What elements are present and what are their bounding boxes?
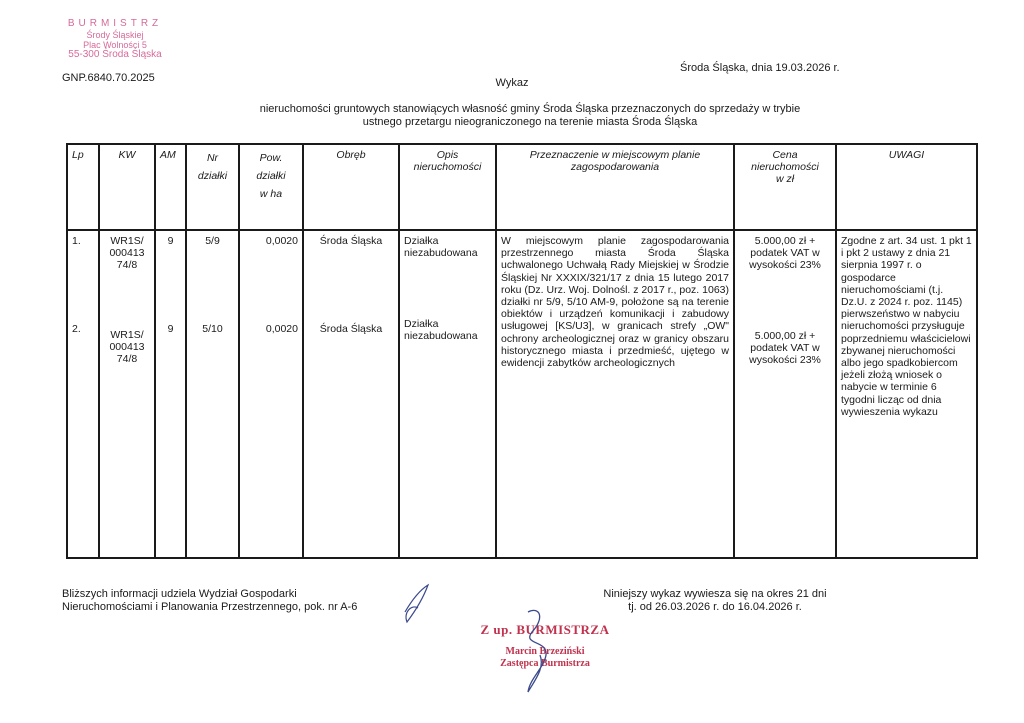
row-1-pow: 0,0020 [244, 235, 298, 247]
contact-info-line-2: Nieruchomościami i Planowania Przestrzen… [62, 601, 357, 614]
signature-stamp-line-3: Zastępca Burmistrza [470, 658, 620, 670]
cell-powierzchnia: 0,0020 0,0020 [239, 230, 303, 558]
row-1-kw: WR1S/ 000413 74/8 [104, 235, 150, 272]
column-header-lp: Lp [67, 144, 99, 230]
posting-notice-line-1: Niniejszy wykaz wywiesza się na okres 21… [580, 588, 850, 601]
column-header-kw: KW [99, 144, 155, 230]
row-2-kw: WR1S/ 000413 74/8 [104, 329, 150, 366]
subtitle-line-1: nieruchomości gruntowych stanowiących wł… [150, 103, 910, 116]
cell-przeznaczenie: W miejscowym planie zagospodarowania prz… [496, 230, 734, 558]
row-2-opis: Działka niezabudowana [404, 318, 491, 342]
signature-stamp-line-2: Marcin Brzeziński [470, 646, 620, 658]
posting-notice-line-2: tj. od 26.03.2026 r. do 16.04.2026 r. [580, 601, 850, 614]
stamp-line-2: Środy Śląskiej [55, 30, 175, 40]
column-header-uwagi: UWAGI [836, 144, 977, 230]
row-1-am: 9 [160, 235, 181, 247]
row-2-cena: 5.000,00 zł + podatek VAT w wysokości 23… [739, 330, 831, 367]
column-header-powierzchnia: Pow. działki w ha [239, 144, 303, 230]
column-header-am: AM [155, 144, 186, 230]
cell-opis: Działka niezabudowana Działka niezabudow… [399, 230, 496, 558]
posting-notice: Niniejszy wykaz wywiesza się na okres 21… [580, 588, 850, 614]
cell-cena: 5.000,00 zł + podatek VAT w wysokości 23… [734, 230, 836, 558]
place-and-date: Środa Śląska, dnia 19.03.2026 r. [680, 62, 840, 74]
uwagi-text: Zgodne z art. 34 ust. 1 pkt 1 i pkt 2 us… [841, 235, 972, 418]
cell-lp: 1. 2. [67, 230, 99, 558]
subtitle-line-2: ustnego przetargu nieograniczonego na te… [150, 116, 910, 129]
column-header-cena: Cena nieruchomości w zł [734, 144, 836, 230]
cell-nr-dzialki: 5/9 5/10 [186, 230, 239, 558]
mayor-office-stamp: BURMISTRZ Środy Śląskiej Plac Wolności 5… [55, 18, 175, 60]
table-header-row: Lp KW AM Nr działki Pow. działki w ha Ob… [67, 144, 977, 230]
column-header-obreb: Obręb [303, 144, 399, 230]
stamp-line-4: 55-300 Środa Śląska [55, 50, 175, 60]
row-2-am: 9 [160, 323, 181, 335]
row-2-pow: 0,0020 [244, 323, 298, 335]
column-header-przeznaczenie: Przeznaczenie w miejscowym planie zagosp… [496, 144, 734, 230]
row-1-lp: 1. [72, 235, 94, 247]
row-2-nr: 5/10 [191, 323, 234, 335]
initials-signature-icon [405, 585, 428, 622]
document-title: Wykaz [0, 77, 1024, 89]
deputy-mayor-stamp: Z up. BURMISTRZA Marcin Brzeziński Zastę… [470, 622, 620, 670]
property-list-table: Lp KW AM Nr działki Pow. działki w ha Ob… [66, 143, 978, 559]
row-1-nr: 5/9 [191, 235, 234, 247]
row-1-opis: Działka niezabudowana [404, 235, 491, 259]
stamp-line-1: BURMISTRZ [55, 18, 175, 30]
cell-obreb: Środa Śląska Środa Śląska [303, 230, 399, 558]
contact-info: Bliższych informacji udziela Wydział Gos… [62, 588, 357, 614]
document-title-text: Wykaz [496, 77, 529, 89]
column-header-nr-dzialki: Nr działki [186, 144, 239, 230]
row-2-obreb: Środa Śląska [308, 323, 394, 335]
przeznaczenie-text: W miejscowym planie zagospodarowania prz… [501, 235, 729, 369]
cell-kw: WR1S/ 000413 74/8 WR1S/ 000413 74/8 [99, 230, 155, 558]
cell-am: 9 9 [155, 230, 186, 558]
signature-stamp-line-1: Z up. BURMISTRZA [470, 622, 620, 638]
row-1-cena: 5.000,00 zł + podatek VAT w wysokości 23… [739, 235, 831, 272]
contact-info-line-1: Bliższych informacji udziela Wydział Gos… [62, 588, 357, 601]
row-1-obreb: Środa Śląska [308, 235, 394, 247]
cell-uwagi: Zgodne z art. 34 ust. 1 pkt 1 i pkt 2 us… [836, 230, 977, 558]
table-row: 1. 2. WR1S/ 000413 74/8 WR1S/ 000413 74/… [67, 230, 977, 558]
document-subtitle: nieruchomości gruntowych stanowiących wł… [150, 103, 910, 129]
row-2-lp: 2. [72, 323, 94, 335]
column-header-opis: Opis nieruchomości [399, 144, 496, 230]
